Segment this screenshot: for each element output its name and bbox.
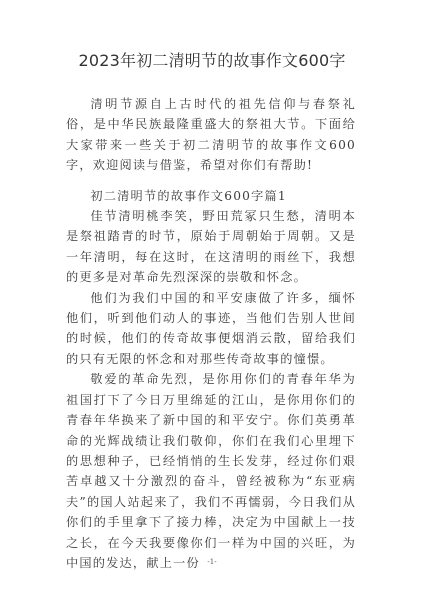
body-paragraph-1: 佳节清明桃李笑，野田荒冢只生愁，清明本是祭祖踏青的时节，原始于周朝始于周朝。又是… (66, 206, 356, 288)
body-paragraph-3: 敬爱的革命先烈，是你用你们的青春年华为祖国打下了今日万里绵延的江山，是你用你们的… (66, 369, 356, 573)
intro-paragraph: 清明节源自上古时代的祖先信仰与春祭礼俗，是中华民族最隆重盛大的祭祖大节。下面给大… (66, 94, 356, 176)
document-page: 2023年初二清明节的故事作文600字 清明节源自上古时代的祖先信仰与春祭礼俗，… (0, 0, 424, 600)
document-title: 2023年初二清明节的故事作文600字 (0, 48, 424, 71)
spacer (66, 176, 356, 186)
body-paragraph-2: 他们为我们中国的和平安康做了许多，缅怀他们，听到他们动人的事迹，当他们告别人世间… (66, 288, 356, 370)
page-number: -1- (0, 558, 424, 566)
section-heading: 初二清明节的故事作文600字篇1 (66, 186, 356, 206)
document-body: 清明节源自上古时代的祖先信仰与春祭礼俗，是中华民族最隆重盛大的祭祖大节。下面给大… (66, 94, 356, 573)
